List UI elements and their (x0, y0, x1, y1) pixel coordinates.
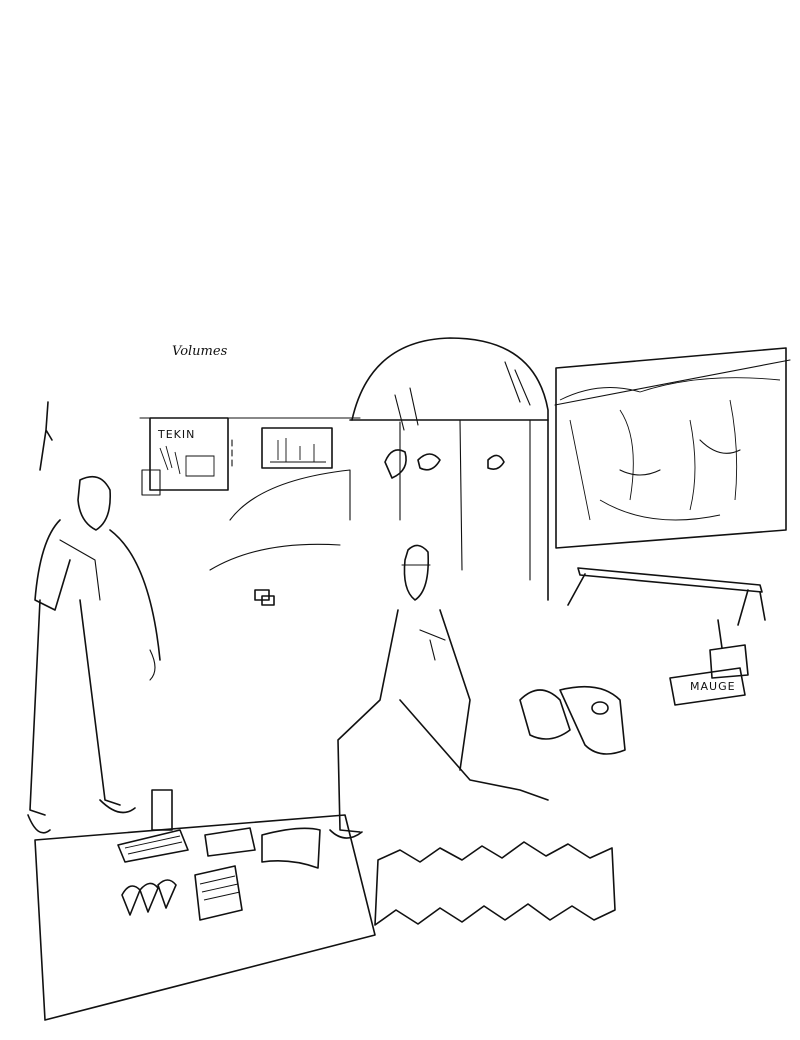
floor-small-object (255, 590, 274, 605)
gallery-sketch: Volumes TEKIN (0, 0, 800, 1040)
folded-paper (375, 842, 615, 925)
wall-hanging-object (40, 402, 52, 470)
tekin-poster: TEKIN (142, 418, 232, 495)
floor-platform (35, 815, 375, 1020)
volumes-label: Volumes (172, 344, 228, 359)
mauge-magazine-text: MAUGE (690, 680, 736, 693)
bench (568, 568, 765, 625)
large-painting (556, 348, 786, 548)
magazine-stack: MAUGE (670, 620, 748, 705)
wall-picture (262, 428, 332, 468)
standing-figure (28, 477, 160, 833)
wall-sculptures (385, 450, 504, 478)
tekin-poster-text: TEKIN (157, 428, 195, 441)
cutout-shapes (520, 687, 625, 754)
floor-lines (210, 470, 350, 570)
kneeling-figure (330, 545, 548, 838)
back-wall-line (140, 360, 790, 418)
platform-objects (118, 790, 320, 920)
archway (350, 338, 548, 600)
